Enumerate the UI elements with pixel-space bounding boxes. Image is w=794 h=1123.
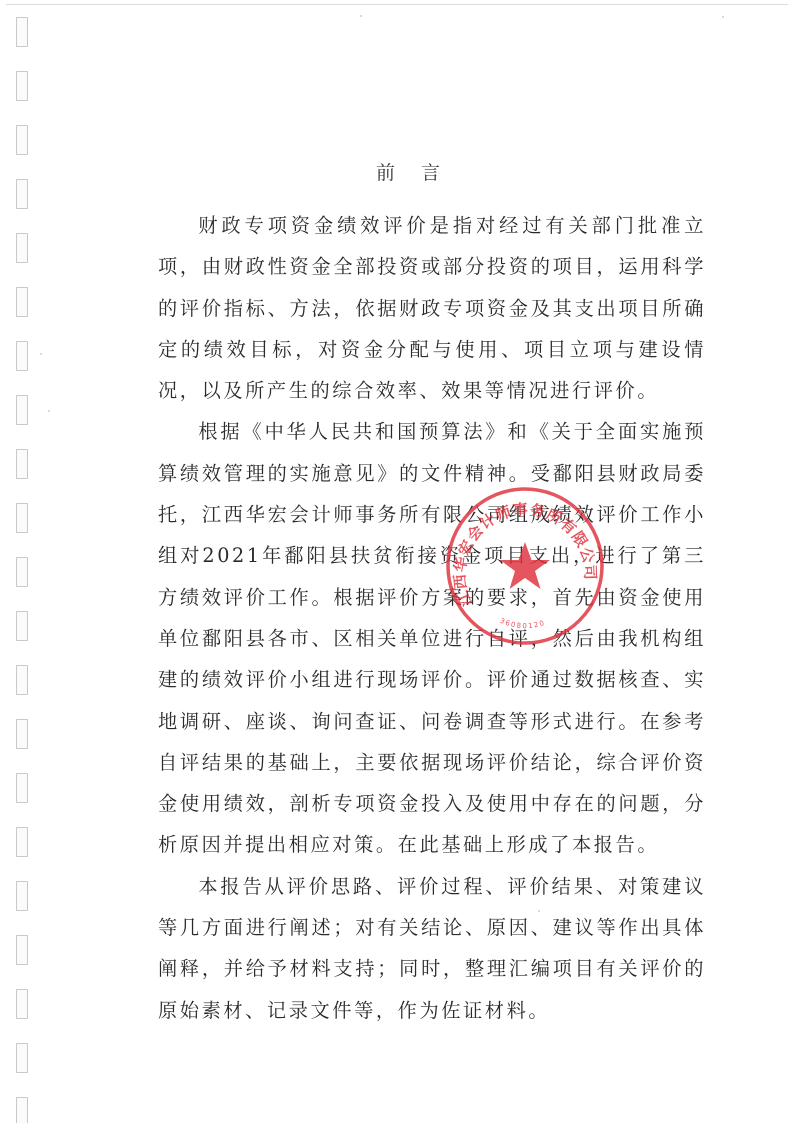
binding-hole [16, 827, 28, 857]
binding-hole [16, 287, 28, 317]
document-body: 财政专项资金绩效评价是指对经过有关部门批准立项，由财政性资金全部投资或部分投资的… [158, 205, 706, 1031]
binding-hole [16, 881, 28, 911]
binding-hole [16, 773, 28, 803]
binding-hole [16, 719, 28, 749]
page-title: 前言 [0, 158, 794, 185]
paragraph-3: 本报告从评价思路、评价过程、评价结果、对策建议等几方面进行阐述；对有关结论、原因… [158, 866, 706, 1031]
paragraph-2: 根据《中华人民共和国预算法》和《关于全面实施预算绩效管理的实施意见》的文件精神。… [158, 411, 706, 865]
binding-hole [16, 17, 28, 47]
binding-hole [16, 1097, 28, 1123]
binding-hole [16, 611, 28, 641]
binding-hole [16, 989, 28, 1019]
binding-hole [16, 233, 28, 263]
binding-hole [16, 341, 28, 371]
binding-hole [16, 449, 28, 479]
binding-hole [16, 665, 28, 695]
paragraph-1: 财政专项资金绩效评价是指对经过有关部门批准立项，由财政性资金全部投资或部分投资的… [158, 205, 706, 411]
binding-hole [16, 557, 28, 587]
scan-top-edge [6, 4, 788, 5]
binding-hole [16, 503, 28, 533]
binding-hole [16, 395, 28, 425]
binding-hole [16, 125, 28, 155]
binding-hole [16, 1043, 28, 1073]
binding-hole [16, 935, 28, 965]
binding-hole [16, 71, 28, 101]
